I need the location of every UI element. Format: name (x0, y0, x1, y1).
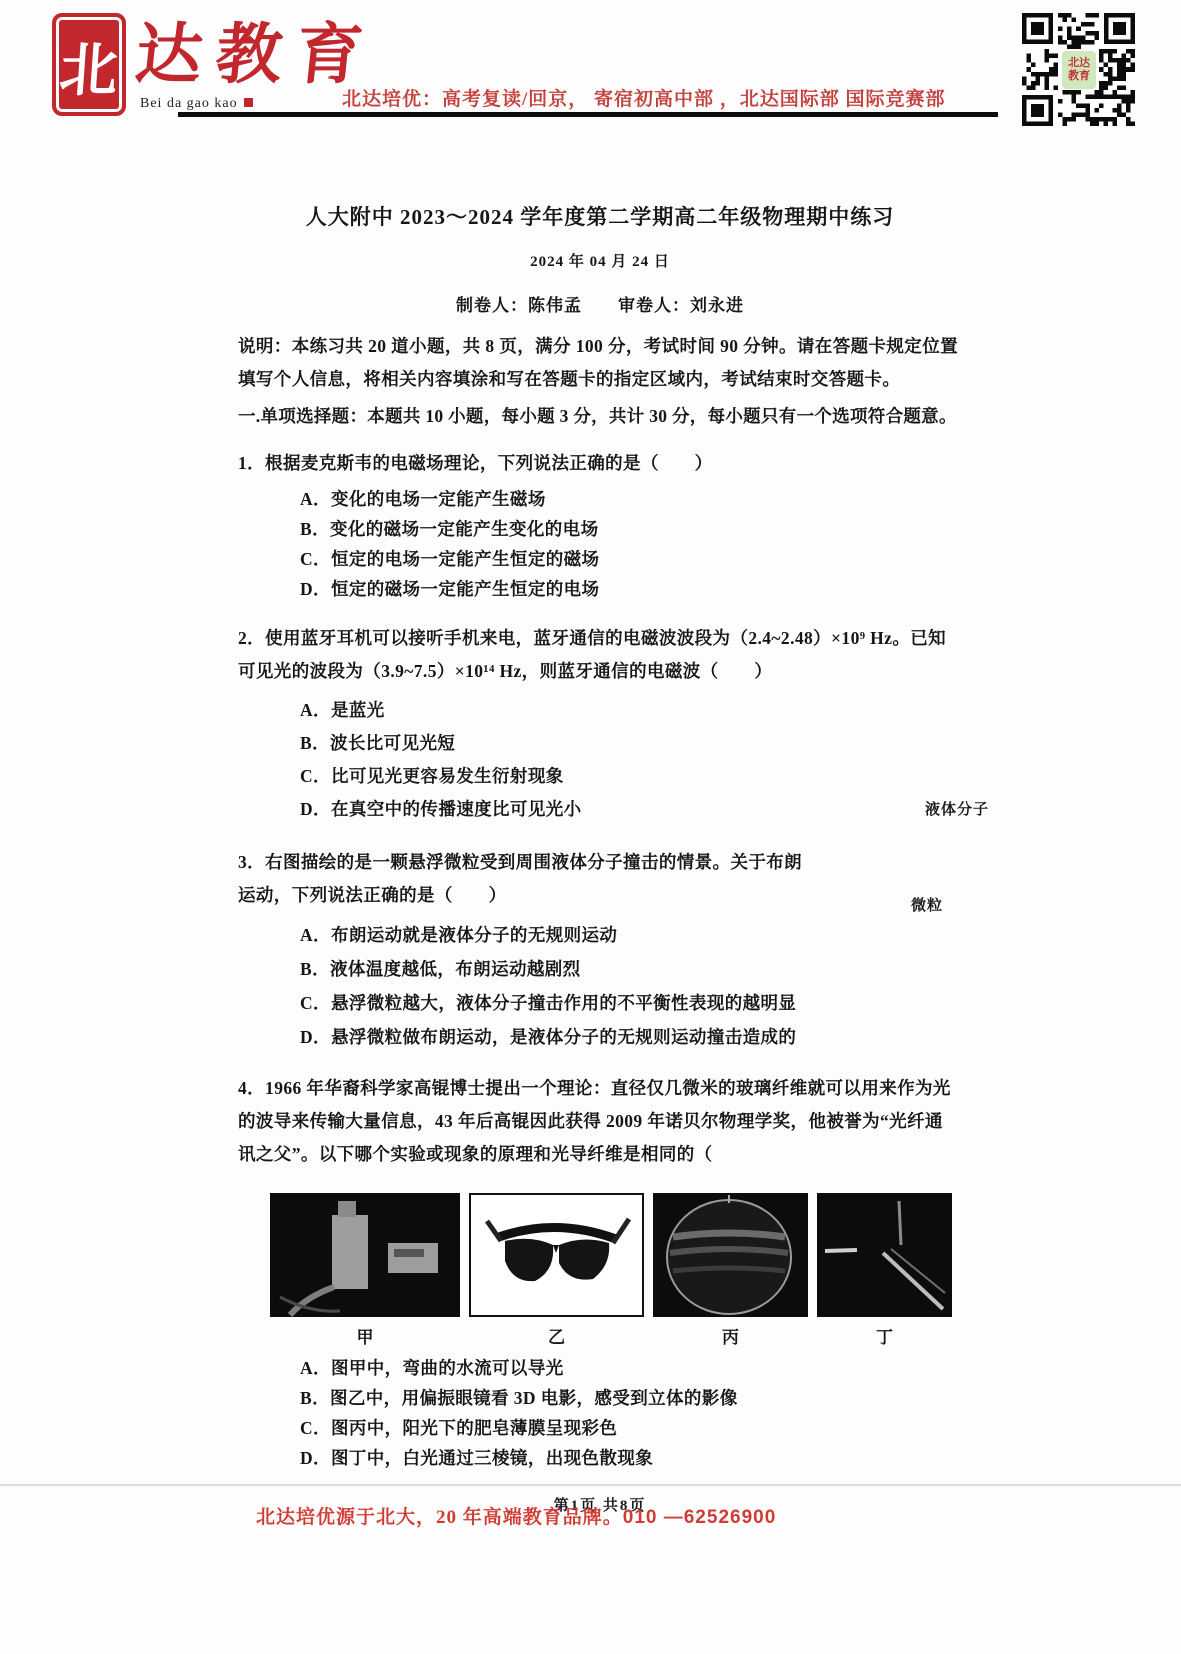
question-3-stem-line1: 3．右图描绘的是一颗悬浮微粒受到周围液体分子撞击的情景。关于布朗 (238, 846, 962, 879)
q3-label-liquid-molecule: 液体分子 (925, 798, 989, 819)
question-3-option-a: A．布朗运动就是液体分子的无规则运动 (300, 925, 962, 946)
exam-authors: 制卷人：陈伟孟 审卷人：刘永进 (238, 291, 962, 316)
question-3-option-c: C．悬浮微粒越大，液体分子撞击作用的不平衡性表现的越明显 (300, 993, 962, 1014)
exam-date: 2024 年 04 月 24 日 (238, 250, 962, 271)
question-2: 2．使用蓝牙耳机可以接听手机来电，蓝牙通信的电磁波波段为（2.4~2.48）×1… (238, 622, 962, 820)
question-3-option-b: B．液体温度越低，布朗运动越剧烈 (300, 959, 962, 980)
footer-slogan: 北达培优源于北大，20 年高端教育品牌。 (256, 1507, 623, 1528)
footer-brand-text: 北达培优源于北大，20 年高端教育品牌。010 —62526900 (256, 1502, 776, 1529)
sunglasses-icon (471, 1195, 642, 1315)
question-1-option-a: A．变化的电场一定能产生磁场 (300, 489, 962, 510)
question-1-stem: 1．根据麦克斯韦的电磁场理论，下列说法正确的是（ ） (238, 447, 962, 480)
water-light-experiment-icon (270, 1193, 460, 1317)
exam-content: 人大附中 2023～2024 学年度第二学期高二年级物理期中练习 2024 年 … (238, 196, 962, 1515)
seal-character: 北 (57, 23, 121, 107)
qr-badge-line2: 教育 (1068, 70, 1090, 83)
question-2-option-c: C．比可见光更容易发生衍射现象 (300, 766, 962, 787)
question-1: 1．根据麦克斯韦的电磁场理论，下列说法正确的是（ ） A．变化的电场一定能产生磁… (238, 447, 962, 600)
question-3-option-d: D．悬浮微粒做布朗运动，是液体分子的无规则运动撞击造成的 (300, 1027, 962, 1048)
question-2-stem-line1: 2．使用蓝牙耳机可以接听手机来电，蓝牙通信的电磁波波段为（2.4~2.48）×1… (238, 622, 962, 655)
question-4: 4．1966 年华裔科学家高锟博士提出一个理论：直径仅几微米的玻璃纤维就可以用来… (238, 1072, 962, 1468)
logo-pinyin-text: Bei da gao kao (140, 96, 253, 112)
figure-ding-prism-photo (817, 1193, 952, 1317)
figure-yi-polarized-sunglasses-photo (469, 1193, 644, 1317)
instructions-line1: 说明：本练习共 20 道小题，共 8 页，满分 100 分，考试时间 90 分钟… (238, 330, 962, 363)
instructions-line2: 填写个人信息，将相关内容填涂和写在答题卡的指定区域内，考试结束时交答题卡。 (238, 363, 962, 396)
question-4-option-d: D．图丁中，白光通过三棱镜，出现色散现象 (300, 1448, 962, 1468)
scanned-exam-page: 北 达教育 Bei da gao kao 北达培优：高考复读/回京， 寄宿初高中… (0, 0, 1181, 1654)
beida-seal-logo: 北 (52, 13, 126, 116)
figure-label-yi: 乙 (469, 1323, 644, 1348)
question-2-stem-line2: 可见光的波段为（3.9~7.5）×10¹⁴ Hz，则蓝牙通信的电磁波（ ） (238, 655, 962, 688)
q3-label-particle: 微粒 (911, 894, 943, 915)
figure-bing-soap-film-photo (653, 1193, 808, 1317)
question-2-option-b: B．波长比可见光短 (300, 733, 962, 754)
question-4-option-a: A．图甲中，弯曲的水流可以导光 (300, 1358, 962, 1378)
question-4-option-b: B．图乙中，用偏振眼镜看 3D 电影，感受到立体的影像 (300, 1388, 962, 1408)
question-4-figure-strip (270, 1193, 962, 1317)
section-one-heading: 一.单项选择题：本题共 10 小题，每小题 3 分，共计 30 分，每小题只有一… (238, 400, 962, 433)
question-4-stem-line1: 4．1966 年华裔科学家高锟博士提出一个理论：直径仅几微米的玻璃纤维就可以用来… (238, 1072, 962, 1105)
exam-title: 人大附中 2023～2024 学年度第二学期高二年级物理期中练习 (238, 196, 962, 230)
exam-instructions: 说明：本练习共 20 道小题，共 8 页，满分 100 分，考试时间 90 分钟… (238, 330, 962, 396)
figure-label-jia: 甲 (270, 1323, 460, 1348)
qr-center-badge: 北达 教育 (1062, 51, 1096, 89)
question-3: 3．右图描绘的是一颗悬浮微粒受到周围液体分子撞击的情景。关于布朗 运动，下列说法… (238, 846, 962, 1048)
question-2-option-a: A．是蓝光 (300, 700, 962, 721)
prism-dispersion-icon (817, 1193, 948, 1317)
qr-code: 北达 教育 (1022, 13, 1135, 126)
figure-label-bing: 丙 (653, 1323, 808, 1348)
footer-phone: 010 —62526900 (623, 1507, 777, 1528)
question-1-option-b: B．变化的磁场一定能产生变化的电场 (300, 519, 962, 540)
question-3-stem-line2: 运动，下列说法正确的是（ ） (238, 879, 962, 912)
soap-film-icon (653, 1193, 804, 1317)
pinyin-label: Bei da gao kao (140, 96, 238, 111)
figure-labels-row: 甲 乙 丙 丁 (270, 1323, 962, 1348)
footer-divider (0, 1484, 1181, 1486)
question-1-option-d: D．恒定的磁场一定能产生恒定的电场 (300, 579, 962, 600)
figure-label-ding: 丁 (817, 1323, 952, 1348)
red-square-icon (244, 98, 253, 107)
question-4-option-c: C．图丙中，阳光下的肥皂薄膜呈现彩色 (300, 1418, 962, 1438)
question-4-stem-line3: 讯之父”。以下哪个实验或现象的原理和光导纤维是相同的（ (238, 1138, 962, 1171)
question-2-option-d: D．在真空中的传播速度比可见光小 (300, 799, 962, 820)
question-4-stem-line2: 的波导来传输大量信息，43 年后高锟因此获得 2009 年诺贝尔物理学奖，他被誉… (238, 1105, 962, 1138)
header-divider (178, 112, 998, 117)
header-banner-text: 北达培优：高考复读/回京， 寄宿初高中部 ，北达国际部 国际竞赛部 (342, 84, 942, 111)
question-1-option-c: C．恒定的电场一定能产生恒定的磁场 (300, 549, 962, 570)
qr-badge-line1: 北达 (1068, 57, 1090, 70)
figure-jia-water-light-photo (270, 1193, 460, 1317)
